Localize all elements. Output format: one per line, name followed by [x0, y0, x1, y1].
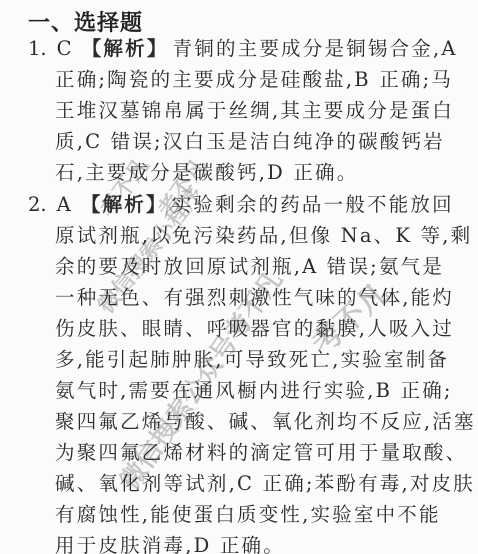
analysis-tag: 【解析】	[82, 37, 169, 60]
question-2-line-1: 2.A【解析】实验剩余的药品一般不能放回	[28, 190, 454, 220]
question-2-line-3: 余的要及时放回原试剂瓶,A 错误;氨气是	[55, 252, 444, 282]
question-2-line-8: 聚四氟乙烯与酸、碱、氧化剂均不反应,活塞	[55, 407, 476, 437]
question-2-line-9: 为聚四氟乙烯材料的滴定管可用于量取酸、	[55, 438, 467, 468]
question-2-line-6: 多,能引起肺肿胀,可导致死亡,实验室制备	[55, 345, 449, 375]
question-2-line-12: 用于皮肤消毒,D 正确。	[55, 531, 285, 554]
analysis-tag: 【解析】	[81, 193, 168, 216]
section-title: 一、选择题	[28, 6, 143, 37]
question-1-line-5: 石,主要成分是碳酸钙,D 正确。	[55, 158, 358, 188]
question-2-line-2: 原试剂瓶,以免污染药品,但像 Na、K 等,剩	[55, 221, 472, 251]
question-1-line-4: 质,C 错误;汉白玉是洁白纯净的碳酸钙岩	[55, 127, 445, 157]
explanation-text: 实验剩余的药品一般不能放回	[172, 193, 454, 216]
answer-key-page: 一、选择题 1.C【解析】青铜的主要成分是铜锡合金,A 正确;陶瓷的主要成分是硅…	[0, 0, 478, 554]
explanation-text: 青铜的主要成分是铜锡合金,A	[173, 37, 458, 60]
answer-letter: A	[57, 193, 73, 216]
question-2-line-11: 有腐蚀性,能使蛋白质变性,实验室中不能	[55, 500, 441, 530]
question-1-line-3: 王堆汉墓锦帛属于丝绸,其主要成分是蛋白	[55, 96, 454, 126]
question-1-line-1: 1.C【解析】青铜的主要成分是铜锡合金,A	[28, 34, 458, 64]
question-2-line-5: 伤皮肤、眼睛、呼吸器官的黏膜,人吸入过	[55, 314, 454, 344]
question-number: 2.	[28, 193, 47, 216]
question-2-line-7: 氨气时,需要在通风橱内进行实验,B 正确;	[55, 376, 453, 406]
question-1-line-2: 正确;陶瓷的主要成分是硅酸盐,B 正确;马	[55, 65, 453, 95]
answer-letter: C	[57, 37, 74, 60]
question-2-line-10: 碱、氧化剂等试剂,C 正确;苯酚有毒,对皮肤	[55, 469, 475, 499]
question-2-line-4: 一种无色、有强烈刺激性气味的气体,能灼	[55, 283, 454, 313]
question-number: 1.	[28, 37, 47, 60]
